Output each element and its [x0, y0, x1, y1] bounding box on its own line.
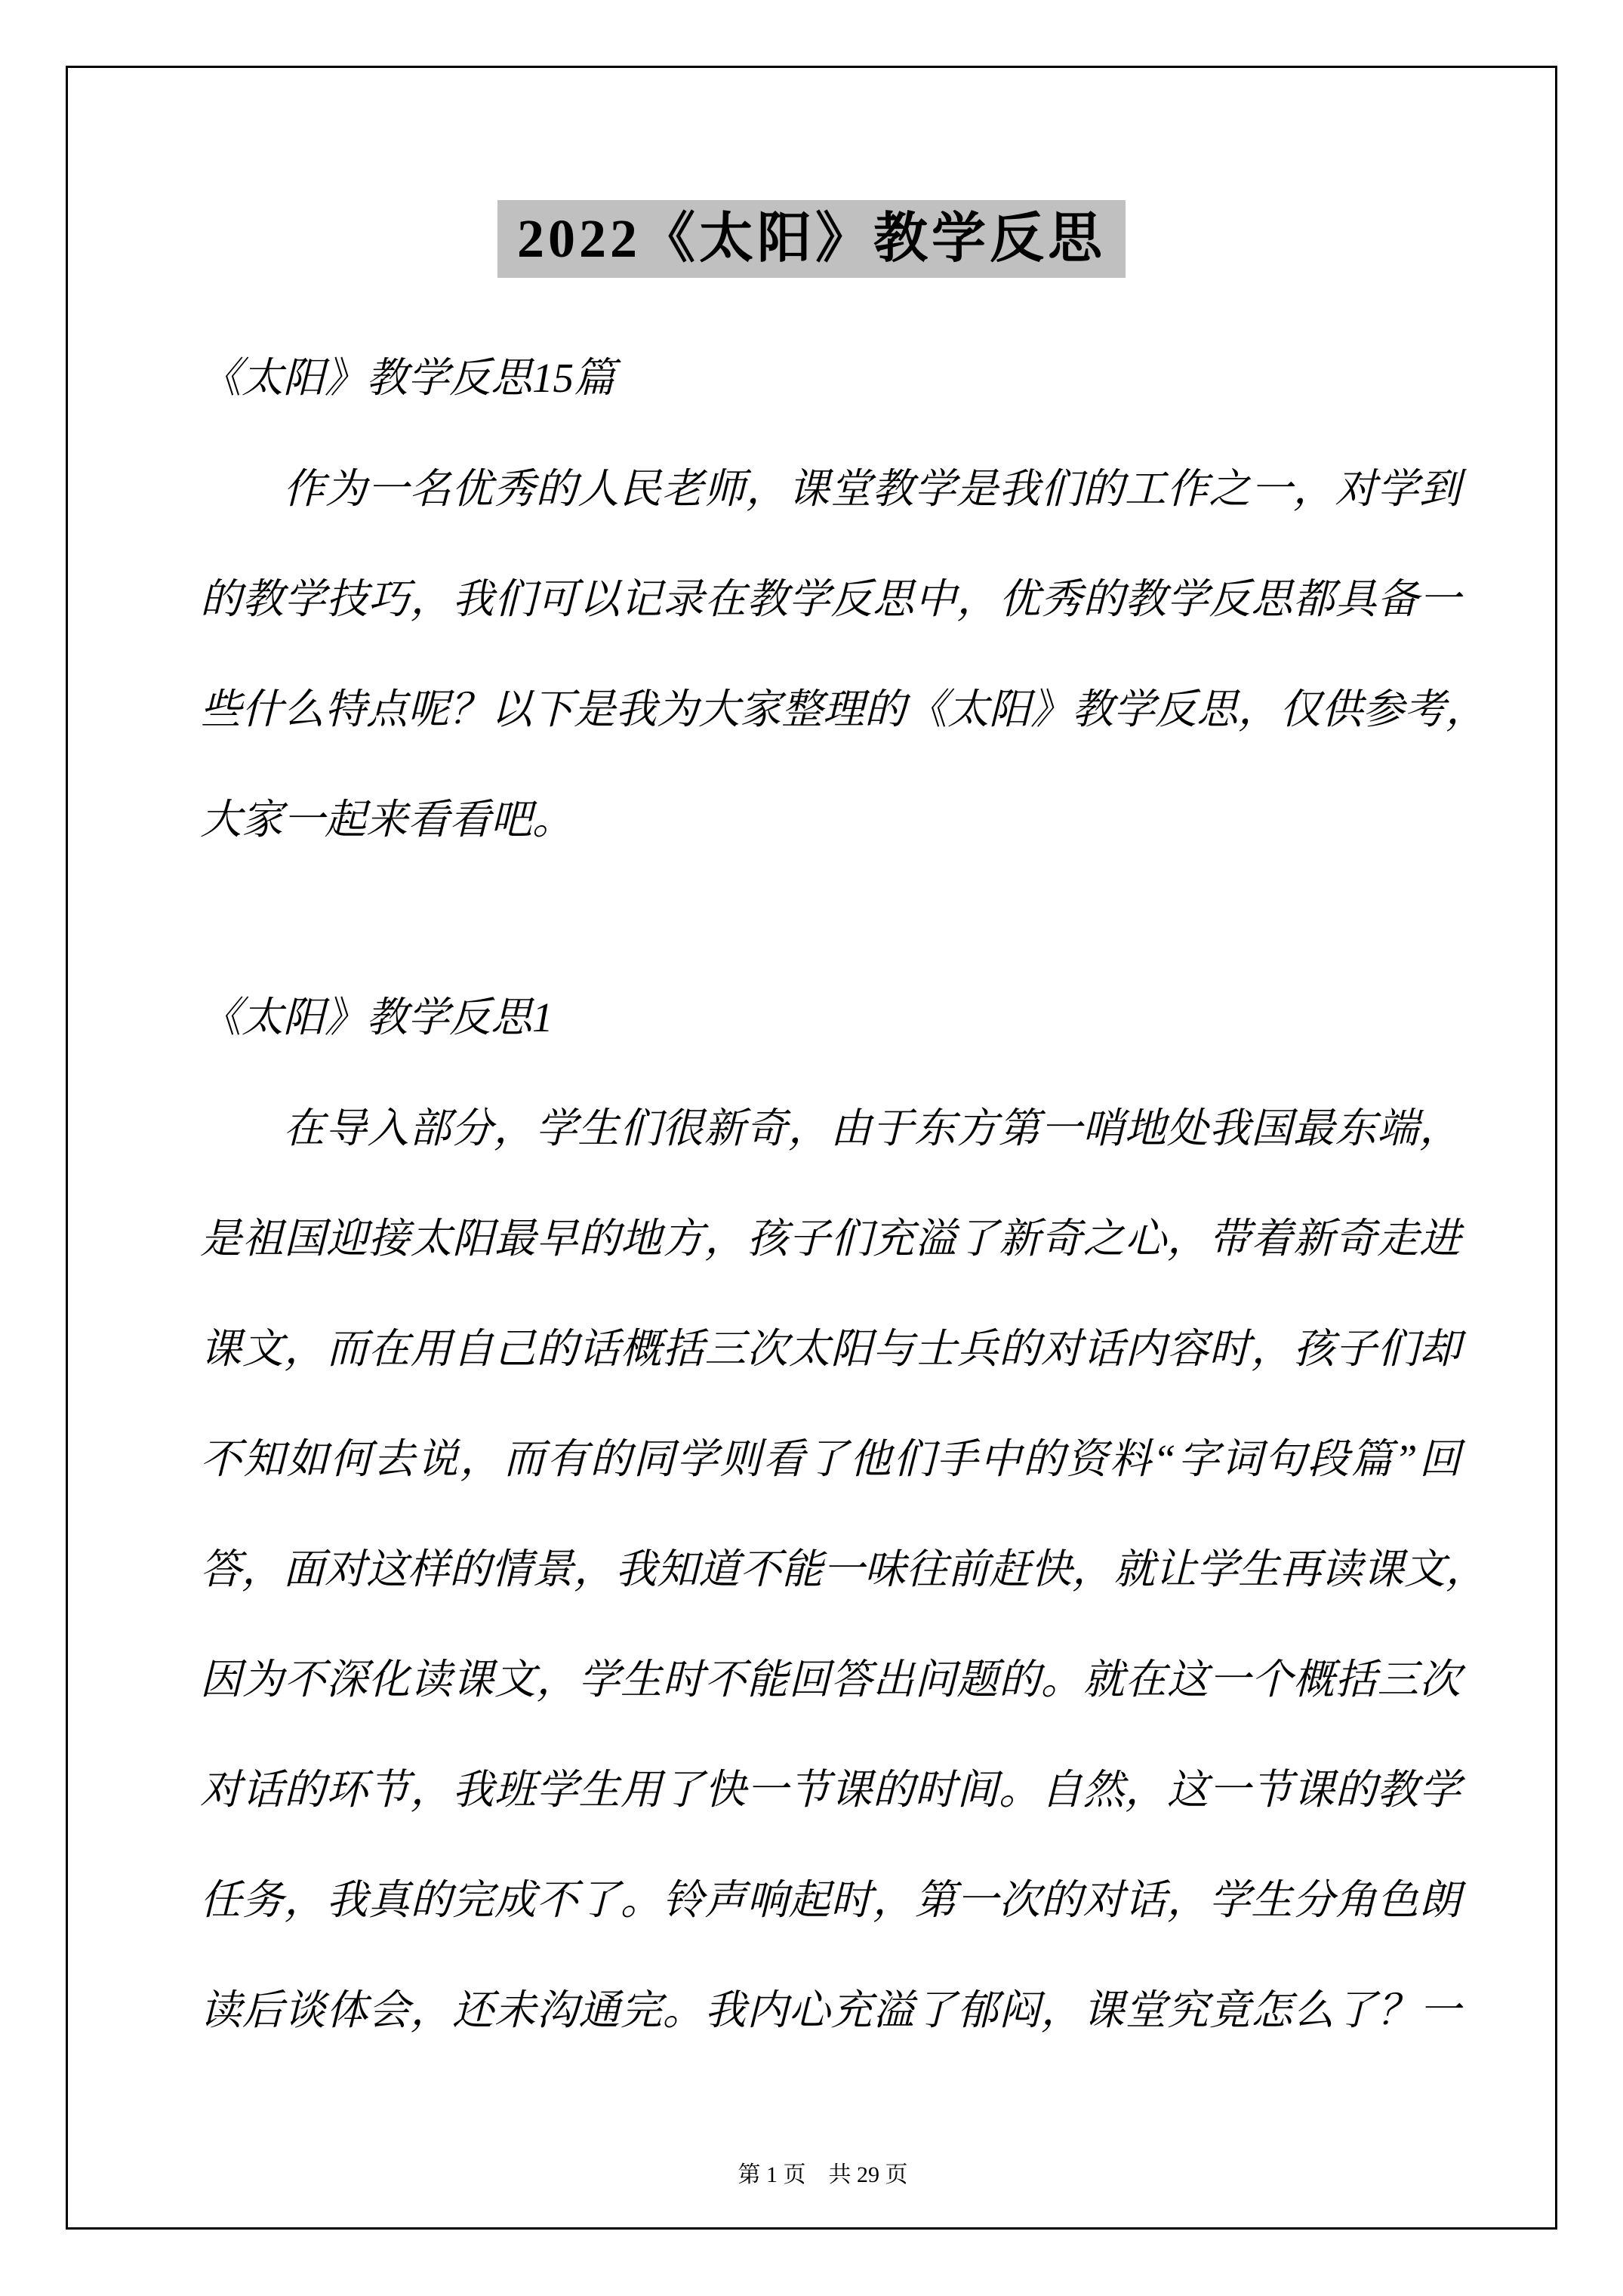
- paragraph-line: 作为一名优秀的人民老师，课堂教学是我们的工作之一，对学到: [200, 434, 1461, 544]
- page-footer: 第 1 页 共 29 页: [0, 2128, 1623, 2223]
- intro-heading: 《太阳》教学反思15篇: [200, 323, 1461, 433]
- document-title: 2022《太阳》教学反思: [497, 200, 1126, 278]
- title-row: 2022《太阳》教学反思: [0, 200, 1623, 278]
- intro-paragraph: 作为一名优秀的人民老师，课堂教学是我们的工作之一，对学到 的教学技巧，我们可以记…: [200, 434, 1461, 875]
- intro-heading-block: 《太阳》教学反思15篇: [200, 323, 1461, 433]
- paragraph-line: 课文，而在用自己的话概括三次太阳与士兵的对话内容时，孩子们却: [200, 1294, 1461, 1404]
- paragraph-line: 是祖国迎接太阳最早的地方，孩子们充溢了新奇之心，带着新奇走进: [200, 1184, 1461, 1294]
- paragraph-line: 的教学技巧，我们可以记录在教学反思中，优秀的教学反思都具备一: [200, 544, 1461, 655]
- paragraph-line: 任务，我真的完成不了。铃声响起时，第一次的对话，学生分角色朗: [200, 1845, 1461, 1955]
- document-page: 2022《太阳》教学反思 《太阳》教学反思15篇 作为一名优秀的人民老师，课堂教…: [0, 0, 1623, 2296]
- paragraph-line: 不知如何去说，而有的同学则看了他们手中的资料“字词句段篇”回: [200, 1404, 1461, 1515]
- page-number-text: 第 1 页 共 29 页: [738, 2162, 908, 2187]
- section1-heading-block: 《太阳》教学反思1: [200, 963, 1461, 1073]
- paragraph-line: 对话的环节，我班学生用了快一节课的时间。自然，这一节课的教学: [200, 1735, 1461, 1845]
- paragraph-line: 读后谈体会，还未沟通完。我内心充溢了郁闷，课堂究竟怎么了？一: [200, 1955, 1461, 2066]
- paragraph-line: 在导入部分，学生们很新奇，由于东方第一哨地处我国最东端，: [200, 1074, 1461, 1184]
- paragraph-line: 答，面对这样的情景，我知道不能一味往前赶快，就让学生再读课文，: [200, 1515, 1461, 1625]
- paragraph-line: 因为不深化读课文，学生时不能回答出问题的。就在这一个概括三次: [200, 1625, 1461, 1735]
- section1-paragraph: 在导入部分，学生们很新奇，由于东方第一哨地处我国最东端， 是祖国迎接太阳最早的地…: [200, 1074, 1461, 2066]
- section1-heading: 《太阳》教学反思1: [200, 963, 1461, 1073]
- paragraph-line: 大家一起来看看吧。: [200, 765, 1461, 875]
- paragraph-line: 些什么特点呢？以下是我为大家整理的《太阳》教学反思，仅供参考，: [200, 655, 1461, 765]
